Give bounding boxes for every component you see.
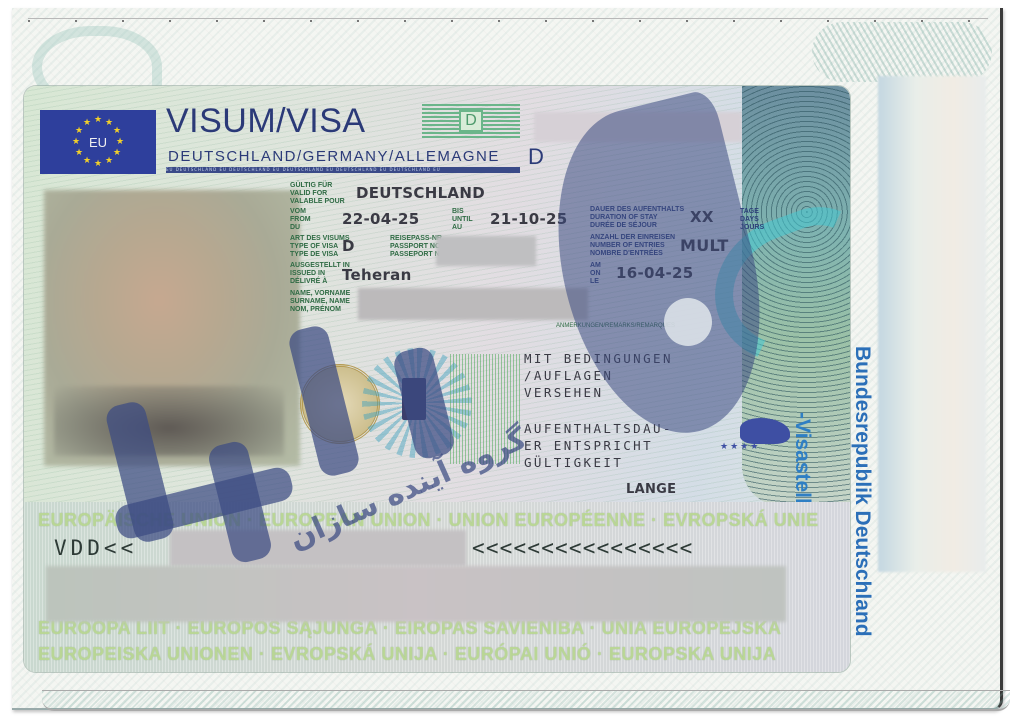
label-type-of-visa: Art des Visums Type of visa Type de visa (290, 235, 350, 259)
country-code: D (528, 144, 544, 170)
bundesrepublik-text: Bundesrepublik Deutschland (850, 346, 874, 637)
visa-sticker: EU ★★★★★★★★★★★★ VISUM/VISA D DEUTSCHLAND… (24, 86, 850, 672)
eu-star-icon: ★ (113, 127, 121, 135)
guilloche-emblem: D (422, 104, 520, 138)
issuer-signature: LANGE (626, 482, 676, 497)
eu-star-icon: ★ (113, 149, 121, 157)
value-issued-in: Teheran (342, 266, 412, 284)
label-from: Vom From Du (290, 208, 311, 232)
holder-photo-blurred (44, 190, 300, 466)
eu-star-icon: ★ (83, 157, 91, 165)
value-type-of-visa: D (342, 237, 355, 255)
label-issued-in: Ausgestellt in Issued in Délivré à (290, 262, 350, 286)
page-ornament-right (812, 22, 992, 82)
eu-star-icon: ★ (75, 149, 83, 157)
next-page-edge (42, 690, 1010, 711)
stars-row: ★★★★ (720, 442, 760, 452)
issuing-country: DEUTSCHLAND/GERMANY/ALLEMAGNE (168, 148, 500, 165)
redacted-passport-no (436, 236, 536, 266)
redacted-name (358, 288, 588, 320)
mrz-line-1-suffix: <<<<<<<<<<<<<<<< (472, 536, 694, 560)
label-name: Name, Vorname Surname, Name Nom, Prénom (290, 290, 350, 314)
redacted-mrz-line-2 (46, 566, 786, 622)
eu-flag-icon: EU ★★★★★★★★★★★★ (40, 110, 156, 174)
value-valid-for: DEUTSCHLAND (356, 184, 485, 202)
remarks-duration: AUFENTHALTSDAU- ER ENTSPRICHT GÜLTIGKEIT (524, 420, 673, 471)
eu-star-icon: ★ (105, 119, 113, 127)
mrz-line-1-prefix: VDD<< (54, 536, 137, 560)
security-line-3: EUROPEISKA UNIONEN · EVROPSKÁ UNIJA · EU… (38, 644, 776, 665)
microprint-band: EU DEUTSCHLAND EU DEUTSCHLAND EU DEUTSCH… (166, 167, 520, 173)
eu-star-icon: ★ (116, 138, 124, 146)
eu-star-icon: ★ (75, 127, 83, 135)
visa-title: VISUM/VISA (166, 102, 366, 141)
eu-star-icon: ★ (83, 119, 91, 127)
eu-star-icon: ★ (94, 116, 102, 124)
eu-star-icon: ★ (105, 157, 113, 165)
label-until: Bis Until Au (452, 208, 473, 232)
label-valid-for: Gültig für Valid for Valable pour (290, 182, 345, 206)
guilloche-letter: D (459, 110, 483, 132)
eu-star-icon: ★ (94, 160, 102, 168)
redacted-page-number (878, 76, 986, 572)
watermark-logo-dot (664, 298, 712, 346)
value-from: 22-04-25 (342, 210, 419, 228)
value-until: 21-10-25 (490, 210, 567, 228)
eu-star-icon: ★ (72, 138, 80, 146)
